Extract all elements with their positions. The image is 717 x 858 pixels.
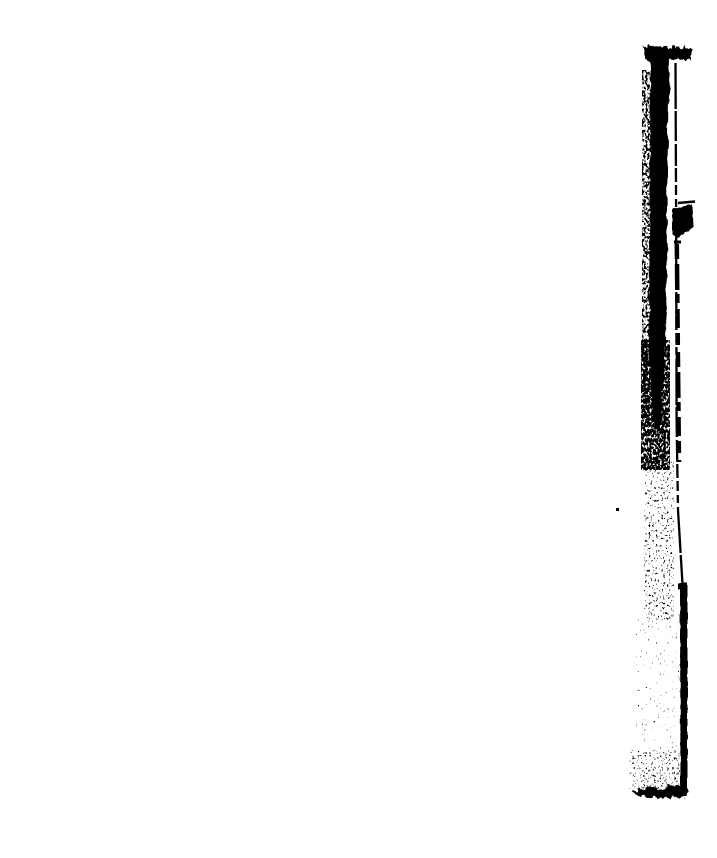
ink-blotch [678, 202, 695, 204]
toner-speckles [616, 508, 619, 511]
thick-dashed-line [677, 244, 679, 462]
toner-speckles [641, 340, 670, 470]
toner-speckles [644, 460, 674, 620]
scan-artifacts-layer [0, 0, 717, 858]
scanned-page [0, 0, 717, 858]
toner-speckles [629, 750, 683, 792]
ink-blotch [672, 205, 694, 238]
ink-blotch [674, 241, 681, 244]
